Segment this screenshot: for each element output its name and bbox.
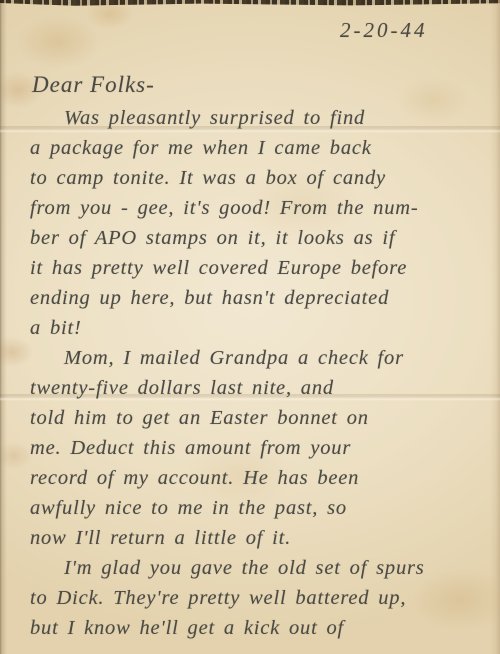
letter-line: ber of APO stamps on it, it looks as if [30,223,485,253]
letter-line: Was pleasantly surprised to find [30,103,485,133]
letter-line: to camp tonite. It was a box of candy [30,163,485,193]
letter-line: from you - gee, it's good! From the num- [30,193,485,223]
letter-salutation: Dear Folks- [32,72,155,98]
letter-line: me. Deduct this amount from your [30,433,485,463]
torn-paper-edge [0,0,500,6]
letter-line: awfully nice to me in the past, so [30,493,485,523]
letter-line: to Dick. They're pretty well battered up… [30,583,485,613]
letter-body: Was pleasantly surprised to find a packa… [30,103,485,643]
letter-line: Mom, I mailed Grandpa a check for [30,343,485,373]
letter-line: now I'll return a little of it. [30,523,485,553]
letter-line: I'm glad you gave the old set of spurs [30,553,485,583]
letter-line: a bit! [30,313,485,343]
letter-line: told him to get an Easter bonnet on [30,403,485,433]
letter-line: twenty-five dollars last nite, and [30,373,485,403]
letter-line: but I know he'll get a kick out of [30,613,485,643]
letter-line: it has pretty well covered Europe before [30,253,485,283]
letter-line: record of my account. He has been [30,463,485,493]
letter-page: 2-20-44 Dear Folks- Was pleasantly surpr… [0,0,500,654]
letter-line: a package for me when I came back [30,133,485,163]
letter-line: ending up here, but hasn't depreciated [30,283,485,313]
letter-date: 2-20-44 [340,18,428,43]
